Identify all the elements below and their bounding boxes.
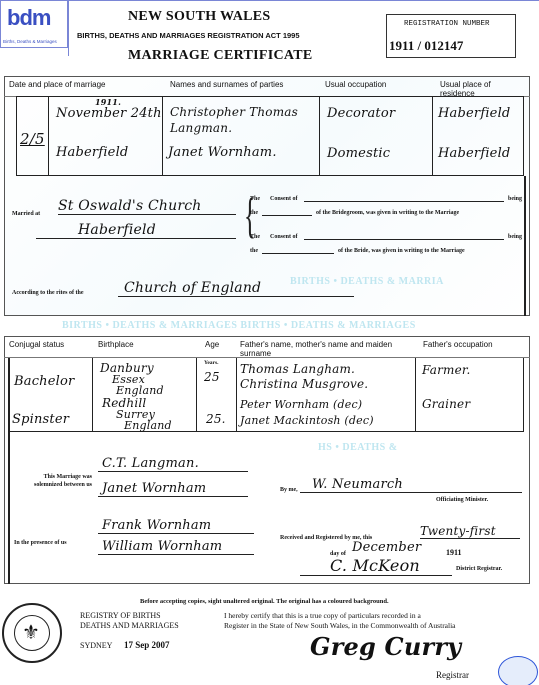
- col-father-occupation: Father's occupation: [423, 340, 493, 349]
- grid-divider: [48, 96, 49, 176]
- col-occupation: Usual occupation: [325, 80, 386, 89]
- consent-being-2: being: [508, 234, 522, 240]
- bride-status: Spinster: [12, 412, 69, 427]
- grid-divider: [196, 358, 197, 432]
- marriage-date: November 24th: [56, 106, 162, 121]
- consent-field-4: [262, 253, 334, 254]
- consent-the-b: The: [250, 234, 260, 240]
- grid-divider: [92, 358, 93, 432]
- rites-label: According to the rites of the: [12, 290, 83, 296]
- registrar-signature-footer: Greg Curry: [310, 632, 461, 661]
- left-rule: [8, 358, 10, 584]
- col-age: Age: [205, 340, 219, 349]
- groom-name: Christopher Thomas Langman.: [170, 104, 320, 136]
- issue-date: 17 Sep 2007: [124, 640, 170, 650]
- col-parents: Father's name, mother's name and maiden …: [240, 340, 420, 358]
- certify-line-2: Register in the State of New South Wales…: [224, 621, 456, 630]
- bride-father-occupation: Grainer: [422, 397, 470, 411]
- consent-label-2: Consent of: [270, 234, 298, 240]
- grid-divider: [415, 358, 416, 432]
- consent-the2-2: the: [250, 248, 258, 254]
- ink-stamp: [498, 656, 538, 685]
- solemnized-groom: C.T. Langman.: [98, 456, 248, 472]
- watermark: HS • DEATHS &: [318, 442, 398, 453]
- rites-value: Church of England: [118, 280, 354, 297]
- consent-being-1: being: [508, 196, 522, 202]
- consent-bridegroom: of the Bridegroom, was given in writing …: [316, 210, 459, 216]
- consent-bride: of the Bride, was given in writing to th…: [338, 248, 465, 254]
- logo-mark: bdm: [7, 5, 50, 31]
- minister-name: W. Neumarch: [300, 477, 522, 493]
- right-rule: [524, 176, 526, 316]
- col-names: Names and surnames of parties: [170, 80, 283, 89]
- registration-label: REGISTRATION NUMBER: [404, 20, 490, 28]
- issue-city: SYDNEY: [80, 641, 112, 650]
- received-month: December: [352, 540, 421, 555]
- entry-number: 2/5: [20, 130, 45, 148]
- married-at-line1: St Oswald's Church: [58, 198, 236, 215]
- groom-age: 25: [204, 370, 220, 384]
- certificate-title: MARRIAGE CERTIFICATE: [128, 48, 313, 64]
- bride-age: 25.: [206, 412, 226, 426]
- age-unit: Years.: [204, 360, 219, 366]
- col-conjugal: Conjugal status: [9, 340, 64, 349]
- bride-birthplace-3: England: [124, 419, 172, 432]
- grid-divider: [162, 96, 163, 176]
- groom-status: Bachelor: [14, 374, 74, 389]
- state-heading: NEW SOUTH WALES: [128, 9, 270, 25]
- warning-note: Before accepting copies, sight unaltered…: [140, 598, 389, 605]
- col-date-place: Date and place of marriage: [9, 80, 106, 89]
- solemnized-bride: Janet Wornham: [98, 481, 248, 497]
- consent-the: The: [250, 196, 260, 202]
- witness-2: William Wornham: [98, 539, 254, 555]
- marriage-place: Haberfield: [56, 145, 128, 160]
- presence-label: In the presence of us: [14, 540, 67, 546]
- consent-field-2: [262, 215, 312, 216]
- groom-occupation: Decorator: [327, 106, 395, 121]
- consent-field-1: [304, 201, 504, 202]
- bride-residence: Haberfield: [438, 146, 510, 161]
- registry-line-2: DEATHS AND MARRIAGES: [80, 621, 179, 630]
- groom-father-occupation: Farmer.: [422, 363, 471, 377]
- crest-icon: ⚜: [22, 623, 40, 643]
- solemnized-label-1: This Marriage was: [28, 474, 92, 480]
- registration-number: 1911 / 012147: [389, 38, 463, 54]
- bdm-logo: bdm Births, Deaths & Marriages: [0, 0, 68, 48]
- groom-mother: Christina Musgrove.: [240, 377, 368, 391]
- consent-the2-1: the: [250, 210, 258, 216]
- registrar-signature: C. McKeon: [300, 556, 452, 576]
- registrar-title: Registrar: [436, 670, 469, 680]
- logo-subtitle: Births, Deaths & Marriages: [3, 39, 57, 44]
- registry-line-1: REGISTRY OF BIRTHS: [80, 611, 161, 620]
- consent-label-1: Consent of: [270, 196, 298, 202]
- groom-father: Thomas Langham.: [240, 362, 355, 376]
- bride-mother: Janet Mackintosh (dec): [240, 414, 374, 427]
- watermark: BIRTHS • DEATHS & MARRIAGES BIRTHS • DEA…: [62, 320, 416, 331]
- by-me-label: By me,: [280, 487, 298, 493]
- district-registrar-label: District Registrar.: [456, 566, 502, 572]
- bride-name: Janet Wornham.: [168, 145, 277, 160]
- col-birthplace: Birthplace: [98, 340, 134, 349]
- minister-title: Officiating Minister.: [436, 497, 488, 503]
- certify-line-1: I hereby certify that this is a true cop…: [224, 611, 421, 620]
- bride-father: Peter Wornham (dec): [240, 398, 362, 411]
- groom-residence: Haberfield: [438, 106, 510, 121]
- married-at-label: Married at: [12, 211, 40, 217]
- grid-divider: [236, 358, 237, 432]
- married-at-line2: Haberfield: [36, 222, 236, 239]
- witness-1: Frank Wornham: [98, 518, 254, 534]
- solemnized-label-2: solemnized between us: [12, 482, 92, 488]
- consent-field-3: [304, 239, 504, 240]
- grid-divider: [432, 96, 433, 176]
- bride-occupation: Domestic: [327, 146, 390, 161]
- registry-seal: ⚜: [2, 603, 62, 663]
- act-heading: BIRTHS, DEATHS AND MARRIAGES REGISTRATIO…: [77, 31, 300, 40]
- received-day: Twenty-first: [420, 524, 520, 539]
